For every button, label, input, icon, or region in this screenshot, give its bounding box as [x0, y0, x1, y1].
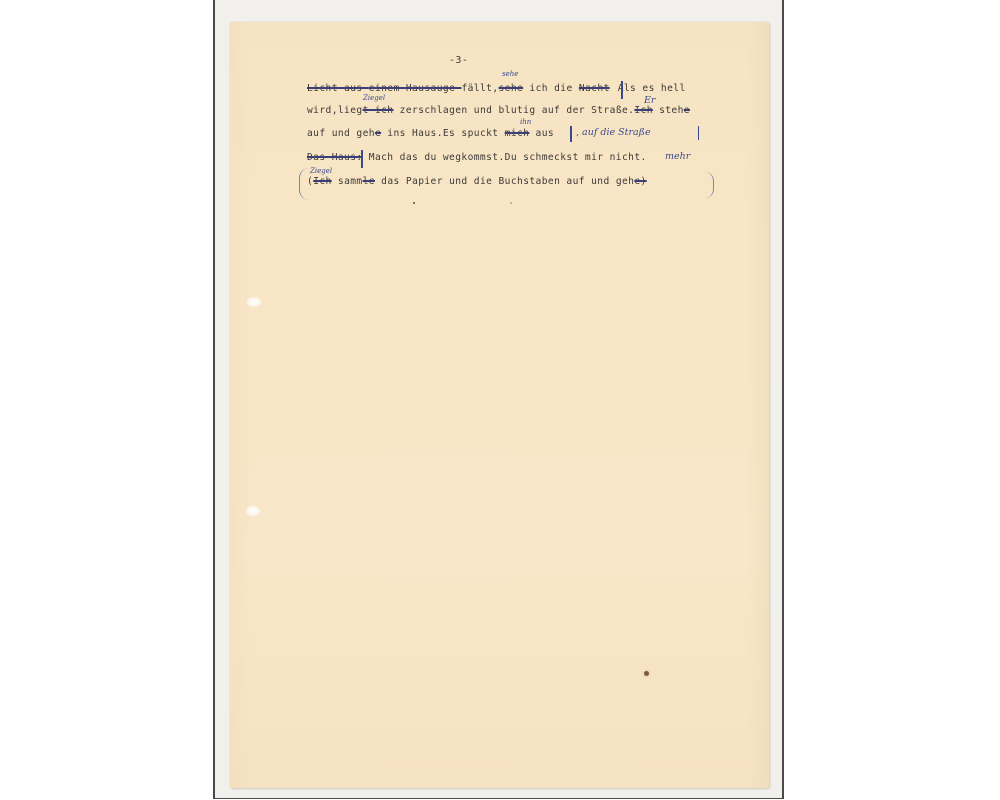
struck-text: Hausauge	[406, 83, 462, 94]
struck-text: aus	[344, 83, 369, 94]
stain-spot	[644, 671, 649, 676]
struck-text: Ich	[313, 176, 332, 187]
typed-text: ich die	[523, 83, 579, 94]
punch-hole	[247, 297, 261, 307]
typed-text: wird,lieg	[307, 105, 363, 116]
typed-line-2: wird,liegt ich zerschlagen und blutig au…	[307, 105, 690, 116]
typed-line-4: Das Haus: Mach das du wegkommst.Du schme…	[307, 152, 647, 163]
insertion-mark	[698, 126, 699, 140]
struck-text: einem	[369, 83, 406, 94]
typed-text: ins Haus.Es spuckt	[381, 128, 505, 139]
struck-text: Das Haus:	[307, 152, 363, 163]
struck-text: Licht	[307, 83, 344, 94]
typed-text: zerschlagen und blutig auf der Straße.	[393, 105, 634, 116]
struck-text: Nacht	[579, 83, 610, 94]
typed-line-5: (Ich sammle das Papier und die Buchstabe…	[307, 176, 647, 187]
struck-text: mich	[505, 128, 530, 139]
ink-dot	[510, 202, 512, 204]
typed-text: Mach das du wegkommst.Du schmeckst mir n…	[363, 152, 647, 163]
insertion-mark	[621, 81, 623, 99]
struck-text: Ich	[634, 105, 653, 116]
typed-text: fällt,	[461, 83, 498, 94]
handwritten-annotation: Ziegel	[310, 167, 332, 175]
handwritten-annotation: Ziegel	[363, 94, 385, 102]
handwritten-annotation: sehe	[502, 70, 518, 78]
handwritten-annotation: , auf die Straße	[576, 127, 651, 138]
typed-text: das Papier und die Buchstaben auf und ge…	[375, 176, 634, 187]
insertion-mark	[570, 126, 572, 142]
handwritten-bracket-right	[705, 172, 714, 198]
handwritten-bracket-left	[299, 168, 310, 200]
typed-text: steh	[653, 105, 684, 116]
struck-text: e	[684, 105, 690, 116]
typed-text: samm	[332, 176, 363, 187]
manuscript-page: -3- Licht aus einem Hausauge fällt,sehe …	[230, 22, 769, 788]
typed-text: aus	[529, 128, 554, 139]
struck-text: e)	[634, 176, 646, 187]
ink-dot	[413, 202, 415, 204]
struck-text: t ich	[363, 105, 394, 116]
typed-line-3: auf und gehe ins Haus.Es spuckt mich aus	[307, 128, 554, 139]
punch-hole	[246, 506, 260, 516]
typed-line-1: Licht aus einem Hausauge fällt,sehe ich …	[307, 83, 686, 94]
handwritten-annotation: mehr	[665, 151, 690, 162]
typed-text: auf und geh	[307, 128, 375, 139]
struck-text: le	[363, 176, 375, 187]
page-number: -3-	[449, 55, 468, 66]
handwritten-annotation: ihn	[520, 118, 531, 126]
typed-text: Als es hell	[618, 83, 686, 94]
handwritten-annotation: Er	[644, 95, 655, 106]
struck-text: sehe	[499, 83, 524, 94]
insertion-mark	[361, 150, 363, 168]
